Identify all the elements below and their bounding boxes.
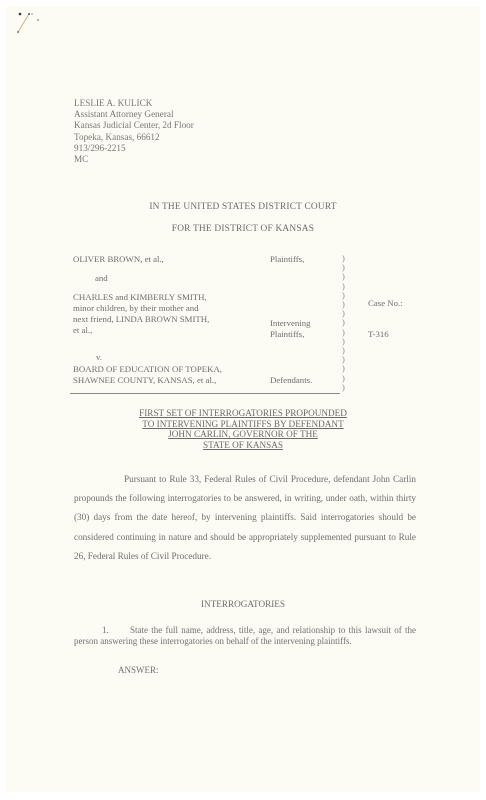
title-line: STATE OF KANSAS bbox=[0, 440, 486, 451]
letterhead-line: LESLIE A. KULICK bbox=[74, 98, 194, 109]
intervenor-role-line: Intervening bbox=[270, 318, 311, 329]
intervenor-names: CHARLES and KIMBERLY SMITH, minor childr… bbox=[73, 292, 209, 336]
defendant-names: BOARD OF EDUCATION OF TOPEKA, SHAWNEE CO… bbox=[73, 364, 222, 386]
case-number: T-316 bbox=[368, 329, 389, 340]
answer-label: ANSWER: bbox=[118, 665, 159, 675]
letterhead-line: Kansas Judicial Center, 2d Floor bbox=[74, 120, 194, 131]
plaintiff-name: OLIVER BROWN, et al., bbox=[73, 254, 164, 265]
interrogatory-number: 1. bbox=[74, 625, 130, 636]
plaintiff-role: Plaintiffs, bbox=[270, 254, 304, 265]
intervenor-role-line: Plaintiffs, bbox=[270, 329, 311, 340]
section-heading: INTERROGATORIES bbox=[0, 599, 486, 609]
intervenor-line: minor children, by their mother and bbox=[73, 303, 209, 314]
title-line: FIRST SET OF INTERROGATORIES PROPOUNDED bbox=[0, 408, 486, 419]
attorney-letterhead: LESLIE A. KULICK Assistant Attorney Gene… bbox=[74, 98, 194, 165]
title-line: TO INTERVENING PLAINTIFFS BY DEFENDANT bbox=[0, 419, 486, 430]
case-number-label: Case No.: bbox=[368, 298, 403, 309]
letterhead-line: 913/296-2215 bbox=[74, 143, 194, 154]
intervenor-line: CHARLES and KIMBERLY SMITH, bbox=[73, 292, 209, 303]
caption-versus: v. bbox=[96, 352, 102, 363]
caption-and: and bbox=[95, 273, 108, 284]
defendant-line: SHAWNEE COUNTY, KANSAS, et al., bbox=[73, 375, 222, 386]
intervenor-line: next friend, LINDA BROWN SMITH, bbox=[73, 314, 209, 325]
caption-bracket-column: ) ) ) ) ) ) ) ) ) ) ) ) ) ) ) bbox=[342, 254, 345, 392]
intervenor-role: Intervening Plaintiffs, bbox=[270, 318, 311, 340]
letterhead-line: MC bbox=[74, 154, 194, 165]
pen-mark-icon bbox=[15, 8, 45, 36]
court-district: FOR THE DISTRICT OF KANSAS bbox=[0, 224, 486, 234]
document-title: FIRST SET OF INTERROGATORIES PROPOUNDED … bbox=[0, 408, 486, 450]
title-line: JOHN CARLIN, GOVERNOR OF THE bbox=[0, 429, 486, 440]
interrogatory-item: 1.State the full name, address, title, a… bbox=[74, 625, 416, 647]
defendant-line: BOARD OF EDUCATION OF TOPEKA, bbox=[73, 364, 222, 375]
body-paragraph: Pursuant to Rule 33, Federal Rules of Ci… bbox=[74, 470, 416, 566]
letterhead-line: Topeka, Kansas, 66612 bbox=[74, 132, 194, 143]
court-name: IN THE UNITED STATES DISTRICT COURT bbox=[0, 202, 486, 212]
paren: ) bbox=[342, 383, 345, 392]
intervenor-line: et al., bbox=[73, 325, 209, 336]
defendant-role: Defendants. bbox=[270, 375, 312, 386]
letterhead-line: Assistant Attorney General bbox=[74, 109, 194, 120]
caption-divider bbox=[70, 393, 340, 394]
